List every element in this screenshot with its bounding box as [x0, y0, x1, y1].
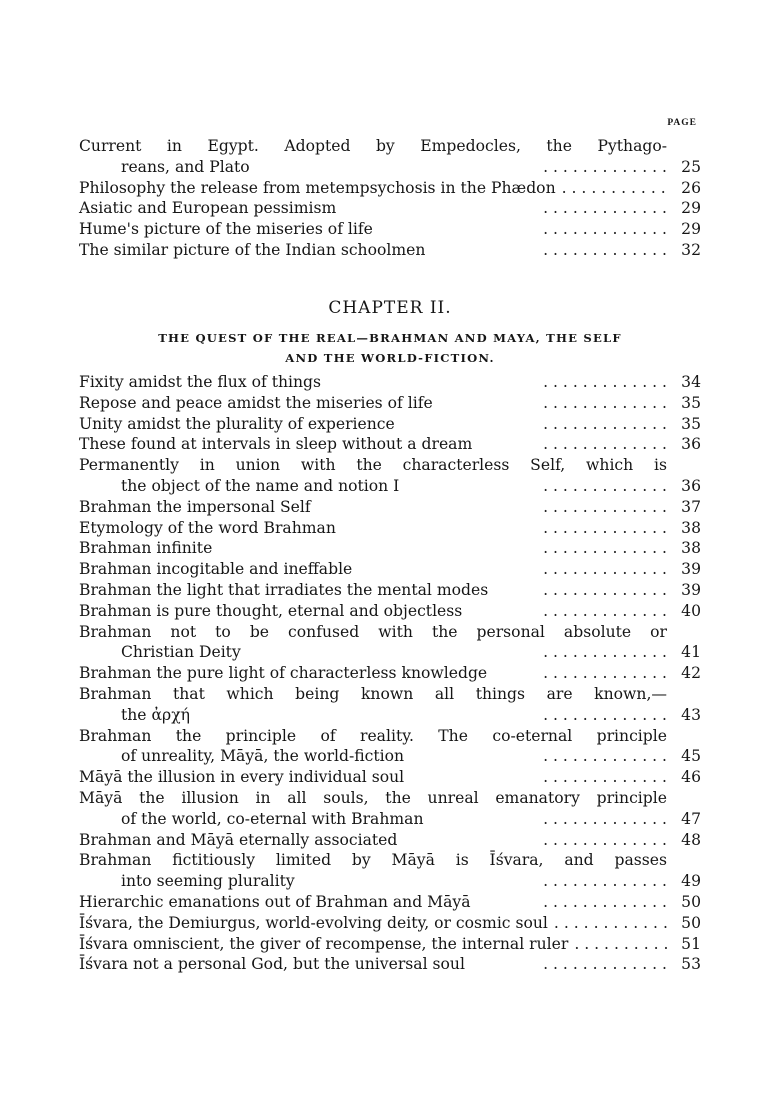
toc-entry-text: Fixity amidst the flux of things — [79, 372, 321, 393]
toc-entry-line: Brahman and Māyā eternally associated . … — [79, 830, 701, 851]
chapter-subtitle-line-2: AND THE WORLD-FICTION. — [79, 348, 701, 368]
toc-entry-text: Current in Egypt. Adopted by Empedocles,… — [79, 136, 667, 157]
chapter-title: CHAPTER II. — [79, 298, 701, 318]
toc-entry: Brahman incogitable and ineffable . . . … — [79, 559, 701, 580]
toc-entry: Repose and peace amidst the miseries of … — [79, 393, 701, 414]
dot-leader: . . . . . . . . . . . . . — [256, 157, 667, 178]
toc-entry: Asiatic and European pessimism . . . . .… — [79, 198, 701, 219]
toc-entry-text: Repose and peace amidst the miseries of … — [79, 393, 433, 414]
toc-entry: Māyā the illusion in all souls, the unre… — [79, 788, 701, 830]
toc-entry-line: Brahman fictitiously limited by Māyā is … — [79, 850, 701, 871]
toc-entry-text: Hierarchic emanations out of Brahman and… — [79, 892, 471, 913]
toc-entry-line: Permanently in union with the characterl… — [79, 455, 701, 476]
toc-entry: Māyā the illusion in every individual so… — [79, 767, 701, 788]
toc-page-number: 38 — [675, 538, 701, 559]
dot-leader: . . . . . . . . . . . . . — [562, 178, 667, 199]
dot-leader: . . . . . . . . . . . . . — [247, 642, 667, 663]
toc-page-number: 29 — [675, 198, 701, 219]
toc-entry-text: Brahman infinite — [79, 538, 212, 559]
toc-entry-line: These found at intervals in sleep withou… — [79, 434, 701, 455]
toc-entry-text: of the world, co-eternal with Brahman — [121, 809, 424, 830]
dot-leader: . . . . . . . . . . . . . — [379, 219, 667, 240]
dot-leader: . . . . . . . . . . . . . — [430, 809, 667, 830]
toc-entry-line: The similar picture of the Indian school… — [79, 240, 701, 261]
toc-entry-line: of unreality, Māyā, the world-fiction . … — [79, 746, 701, 767]
dot-leader: . . . . . . . . . . . . . — [439, 393, 667, 414]
toc-entry-text: Īśvara omniscient, the giver of recompen… — [79, 934, 568, 955]
toc-entry-text: Christian Deity — [121, 642, 241, 663]
toc-entry: Permanently in union with the characterl… — [79, 455, 701, 497]
toc-entry: The similar picture of the Indian school… — [79, 240, 701, 261]
toc-entry: Brahman not to be confused with the pers… — [79, 622, 701, 664]
toc-page-number: 51 — [675, 934, 701, 955]
toc-entry-line: Māyā the illusion in all souls, the unre… — [79, 788, 701, 809]
toc-page-number: 39 — [675, 580, 701, 601]
toc-page-number: 39 — [675, 559, 701, 580]
dot-leader: . . . . . . . . . . . . . — [574, 934, 667, 955]
toc-entry: Fixity amidst the flux of things . . . .… — [79, 372, 701, 393]
toc-entry: Brahman the light that irradiates the me… — [79, 580, 701, 601]
dot-leader: . . . . . . . . . . . . . — [478, 434, 667, 455]
toc-entry-text: Permanently in union with the characterl… — [79, 455, 667, 476]
dot-leader: . . . . . . . . . . . . . — [218, 538, 667, 559]
toc-entry: Brahman that which being known all thing… — [79, 684, 701, 726]
toc-entry-text: These found at intervals in sleep withou… — [79, 434, 472, 455]
toc-page-number: 41 — [675, 642, 701, 663]
toc-entry-line: Brahman the principle of reality. The co… — [79, 726, 701, 747]
toc-page-number: 35 — [675, 393, 701, 414]
toc-entry-line: into seeming plurality . . . . . . . . .… — [79, 871, 701, 892]
toc-page-number: 35 — [675, 414, 701, 435]
toc-entry: Brahman the pure light of characterless … — [79, 663, 701, 684]
dot-leader: . . . . . . . . . . . . . — [358, 559, 667, 580]
toc-entry-line: Brahman incogitable and ineffable . . . … — [79, 559, 701, 580]
toc-entry: Īśvara omniscient, the giver of recompen… — [79, 934, 701, 955]
toc-entry: Brahman infinite . . . . . . . . . . . .… — [79, 538, 701, 559]
toc-entry-text: Brahman incogitable and ineffable — [79, 559, 352, 580]
toc-entry: Brahman the principle of reality. The co… — [79, 726, 701, 768]
toc-entry-line: Brahman the light that irradiates the me… — [79, 580, 701, 601]
toc-entry-line: Māyā the illusion in every individual so… — [79, 767, 701, 788]
dot-leader: . . . . . . . . . . . . . — [317, 497, 667, 518]
toc-entry: These found at intervals in sleep withou… — [79, 434, 701, 455]
toc-page-number: 37 — [675, 497, 701, 518]
toc-page-number: 42 — [675, 663, 701, 684]
toc-entry-line: Fixity amidst the flux of things . . . .… — [79, 372, 701, 393]
dot-leader: . . . . . . . . . . . . . — [494, 580, 667, 601]
previous-chapter-entries: Current in Egypt. Adopted by Empedocles,… — [79, 136, 701, 261]
toc-entry-line: Hume's picture of the miseries of life .… — [79, 219, 701, 240]
dot-leader: . . . . . . . . . . . . . — [493, 663, 667, 684]
toc-entry-line: Brahman the impersonal Self . . . . . . … — [79, 497, 701, 518]
toc-page-number: 47 — [675, 809, 701, 830]
toc-entry-text: Māyā the illusion in all souls, the unre… — [79, 788, 667, 809]
dot-leader: . . . . . . . . . . . . . — [554, 913, 667, 934]
toc-page-number: 29 — [675, 219, 701, 240]
toc-entry: Brahman is pure thought, eternal and obj… — [79, 601, 701, 622]
toc-page-number: 43 — [675, 705, 701, 726]
toc-entry-line: Unity amidst the plurality of experience… — [79, 414, 701, 435]
toc-entry-text: the object of the name and notion I — [121, 476, 399, 497]
toc-entry-text: into seeming plurality — [121, 871, 295, 892]
toc-entry-text: Māyā the illusion in every individual so… — [79, 767, 404, 788]
toc-entry-text: Asiatic and European pessimism — [79, 198, 336, 219]
toc-entry-line: Īśvara, the Demiurgus, world-evolving de… — [79, 913, 701, 934]
chapter-subtitle-line-1: THE QUEST OF THE REAL—BRAHMAN AND MAYA, … — [79, 328, 701, 348]
toc-entry: Brahman and Māyā eternally associated . … — [79, 830, 701, 851]
dot-leader: . . . . . . . . . . . . . — [477, 892, 667, 913]
toc-entry: Unity amidst the plurality of experience… — [79, 414, 701, 435]
toc-entry-text: The similar picture of the Indian school… — [79, 240, 425, 261]
toc-entry-line: Repose and peace amidst the miseries of … — [79, 393, 701, 414]
toc-entry-line: of the world, co-eternal with Brahman . … — [79, 809, 701, 830]
toc-entry-line: reans, and Plato . . . . . . . . . . . .… — [79, 157, 701, 178]
toc-page-number: 25 — [675, 157, 701, 178]
toc-page-number: 36 — [675, 434, 701, 455]
toc-entry-text: of unreality, Māyā, the world-fiction — [121, 746, 404, 767]
dot-leader: . . . . . . . . . . . . . — [405, 476, 667, 497]
toc-entry-line: Philosophy the release from metempsychos… — [79, 178, 701, 199]
toc-entry-line: Current in Egypt. Adopted by Empedocles,… — [79, 136, 701, 157]
toc-entry: Hume's picture of the miseries of life .… — [79, 219, 701, 240]
dot-leader: . . . . . . . . . . . . . — [401, 414, 667, 435]
toc-entry-text: Brahman the impersonal Self — [79, 497, 311, 518]
dot-leader: . . . . . . . . . . . . . — [327, 372, 667, 393]
toc-entry-text: Brahman and Māyā eternally associated — [79, 830, 397, 851]
toc-entry-line: Asiatic and European pessimism . . . . .… — [79, 198, 701, 219]
toc-entry-text: Unity amidst the plurality of experience — [79, 414, 395, 435]
toc-page-number: 46 — [675, 767, 701, 788]
page-column-label: PAGE — [667, 118, 697, 128]
toc-entry-text: Hume's picture of the miseries of life — [79, 219, 373, 240]
toc-entry: Etymology of the word Brahman . . . . . … — [79, 518, 701, 539]
toc-entry-text: Brahman fictitiously limited by Māyā is … — [79, 850, 667, 871]
toc-entry-line: Hierarchic emanations out of Brahman and… — [79, 892, 701, 913]
toc-entry: Brahman the impersonal Self . . . . . . … — [79, 497, 701, 518]
toc-entry: Current in Egypt. Adopted by Empedocles,… — [79, 136, 701, 178]
toc-page-number: 49 — [675, 871, 701, 892]
dot-leader: . . . . . . . . . . . . . — [342, 518, 667, 539]
dot-leader: . . . . . . . . . . . . . — [403, 830, 667, 851]
toc-page-number: 38 — [675, 518, 701, 539]
chapter-heading: CHAPTER II. THE QUEST OF THE REAL—BRAHMA… — [79, 298, 701, 368]
toc-entry-text: Brahman not to be confused with the pers… — [79, 622, 667, 643]
toc-entry: Brahman fictitiously limited by Māyā is … — [79, 850, 701, 892]
toc-entry-line: Brahman that which being known all thing… — [79, 684, 701, 705]
toc-entry-line: Brahman not to be confused with the pers… — [79, 622, 701, 643]
toc-entry-text: Etymology of the word Brahman — [79, 518, 336, 539]
toc-entry-line: Christian Deity . . . . . . . . . . . . … — [79, 642, 701, 663]
toc-entry-text: reans, and Plato — [121, 157, 250, 178]
toc-entry: Philosophy the release from metempsychos… — [79, 178, 701, 199]
toc-entry-line: the ἀρχή . . . . . . . . . . . . .43 — [79, 705, 701, 726]
dot-leader: . . . . . . . . . . . . . — [431, 240, 667, 261]
toc-page-number: 40 — [675, 601, 701, 622]
toc-page-number: 34 — [675, 372, 701, 393]
toc-entry: Hierarchic emanations out of Brahman and… — [79, 892, 701, 913]
toc-entry-text: the ἀρχή — [121, 705, 190, 726]
toc-entry-text: Brahman the pure light of characterless … — [79, 663, 487, 684]
toc-entry-line: Brahman infinite . . . . . . . . . . . .… — [79, 538, 701, 559]
toc-entry-text: Philosophy the release from metempsychos… — [79, 178, 556, 199]
chapter-subtitle: THE QUEST OF THE REAL—BRAHMAN AND MAYA, … — [79, 328, 701, 368]
toc-page-number: 26 — [675, 178, 701, 199]
toc-entry-text: Brahman is pure thought, eternal and obj… — [79, 601, 462, 622]
dot-leader: . . . . . . . . . . . . . — [471, 954, 667, 975]
toc-entry: Īśvara, the Demiurgus, world-evolving de… — [79, 913, 701, 934]
toc-page-number: 50 — [675, 913, 701, 934]
toc-entry-text: Brahman the light that irradiates the me… — [79, 580, 488, 601]
toc-entry-text: Brahman that which being known all thing… — [79, 684, 667, 705]
toc-page-number: 45 — [675, 746, 701, 767]
dot-leader: . . . . . . . . . . . . . — [410, 767, 667, 788]
dot-leader: . . . . . . . . . . . . . — [342, 198, 667, 219]
toc-entry-line: the object of the name and notion I . . … — [79, 476, 701, 497]
toc-entry-line: Brahman is pure thought, eternal and obj… — [79, 601, 701, 622]
toc-page-number: 48 — [675, 830, 701, 851]
toc-entry-line: Etymology of the word Brahman . . . . . … — [79, 518, 701, 539]
toc-entry-line: Īśvara not a personal God, but the unive… — [79, 954, 701, 975]
chapter-entries: Fixity amidst the flux of things . . . .… — [79, 372, 701, 975]
dot-leader: . . . . . . . . . . . . . — [301, 871, 667, 892]
dot-leader: . . . . . . . . . . . . . — [410, 746, 667, 767]
toc-page-number: 50 — [675, 892, 701, 913]
toc-page-number: 53 — [675, 954, 701, 975]
toc-entry-line: Īśvara omniscient, the giver of recompen… — [79, 934, 701, 955]
toc-entry-text: Īśvara, the Demiurgus, world-evolving de… — [79, 913, 548, 934]
toc-page-number: 36 — [675, 476, 701, 497]
toc-entry-text: Brahman the principle of reality. The co… — [79, 726, 667, 747]
toc-entry-text: Īśvara not a personal God, but the unive… — [79, 954, 465, 975]
dot-leader: . . . . . . . . . . . . . — [468, 601, 667, 622]
dot-leader: . . . . . . . . . . . . . — [196, 705, 667, 726]
toc-entry: Īśvara not a personal God, but the unive… — [79, 954, 701, 975]
toc-entry-line: Brahman the pure light of characterless … — [79, 663, 701, 684]
toc-page-number: 32 — [675, 240, 701, 261]
